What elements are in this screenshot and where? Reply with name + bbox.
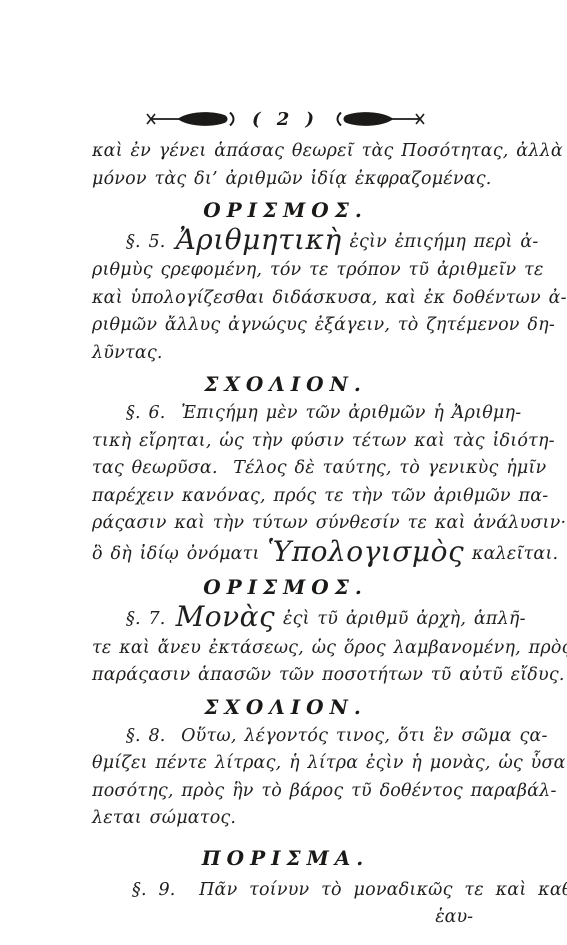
paragraph-6-body: §. 6. Ἐπιςήμη μὲν τῶν ἀριθμῶν ἡ Ἀριθμη- …	[92, 400, 479, 538]
paragraph-intro: καὶ ἐν γένει ἁπάσας θεωρεῖ τὰς Ποσότητας…	[92, 138, 479, 193]
paragraph-5-line1-rest: ἐςὶν ἐπιςήμη περὶ ἀ-	[342, 232, 539, 252]
paragraph-5-body: ριθμὺς ςρεφομένη, τόν τε τρόπον τῦ ἀριθμ…	[92, 257, 479, 367]
page-number: ( 2 )	[252, 109, 319, 130]
paragraph-7: §. 7.Μονὰς ἐςὶ τῦ ἀριθμῦ ἀρχὴ, ἁπλῆ- τε …	[92, 603, 479, 690]
heading-orismos-1: ΟΡΙΣΜΟΣ.	[92, 195, 479, 225]
paragraph-6-last-line: ὃ δὴ ἰδίῳ ὀνόματι Ὑπολογισμὸς καλεῖται.	[92, 538, 479, 570]
heading-orismos-2: ΟΡΙΣΜΟΣ.	[92, 572, 479, 602]
header-ornament-right-icon	[329, 110, 425, 128]
paragraph-6: §. 6. Ἐπιςήμη μὲν τῶν ἀριθμῶν ἡ Ἀριθμη- …	[92, 400, 479, 570]
lead-word-monas: Μονὰς	[176, 600, 276, 633]
paragraph-7-line1-rest: ἐςὶ τῦ ἀριθμῦ ἀρχὴ, ἁπλῆ-	[275, 609, 525, 629]
paragraph-6-last-post: καλεῖται.	[464, 544, 558, 564]
heading-scholion-2: ΣΧΟΛΙΟΝ.	[92, 692, 479, 722]
paragraph-7-first-line: §. 7.Μονὰς ἐςὶ τῦ ἀριθμῦ ἀρχὴ, ἁπλῆ-	[92, 603, 479, 635]
lead-word-arithmetike: Ἀριθμητικὴ	[176, 223, 342, 256]
heading-scholion-1: ΣΧΟΛΙΟΝ.	[92, 369, 479, 399]
heading-porisma: ΠΟΡΙΣΜΑ.	[92, 843, 479, 873]
paragraph-number: §. 7.	[126, 609, 176, 629]
lead-word-hypologismos: Ὑπολογισμὸς	[267, 535, 464, 568]
paragraph-number: §. 5.	[126, 232, 176, 252]
paragraph-8: §. 8. Οὕτω, λέγοντός τινος, ὅτι ἓν σῶμα …	[92, 723, 479, 833]
catchword: ἑαυ-	[92, 904, 479, 930]
paragraph-6-last-pre: ὃ δὴ ἰδίῳ ὀνόματι	[92, 544, 267, 564]
paragraph-5-first-line: §. 5.Ἀριθμητικὴ ἐςὶν ἐπιςήμη περὶ ἀ-	[92, 226, 479, 257]
page-header: ( 2 )	[92, 108, 479, 130]
paragraph-9: §. 9. Πᾶν τοίνυν τὸ μοναδικῶς τε καὶ καθ…	[92, 877, 479, 905]
paragraph-5: §. 5.Ἀριθμητικὴ ἐςὶν ἐπιςήμη περὶ ἀ- ριθ…	[92, 226, 479, 367]
header-ornament-left-icon	[146, 110, 242, 128]
paragraph-7-body: τε καὶ ἄνευ ἐκτάσεως, ὡς ὅρος λαμβανομέν…	[92, 635, 479, 690]
book-page: ( 2 ) καὶ ἐν γένει ἁπάσας θεωρεῖ τὰς Ποσ…	[0, 0, 567, 945]
